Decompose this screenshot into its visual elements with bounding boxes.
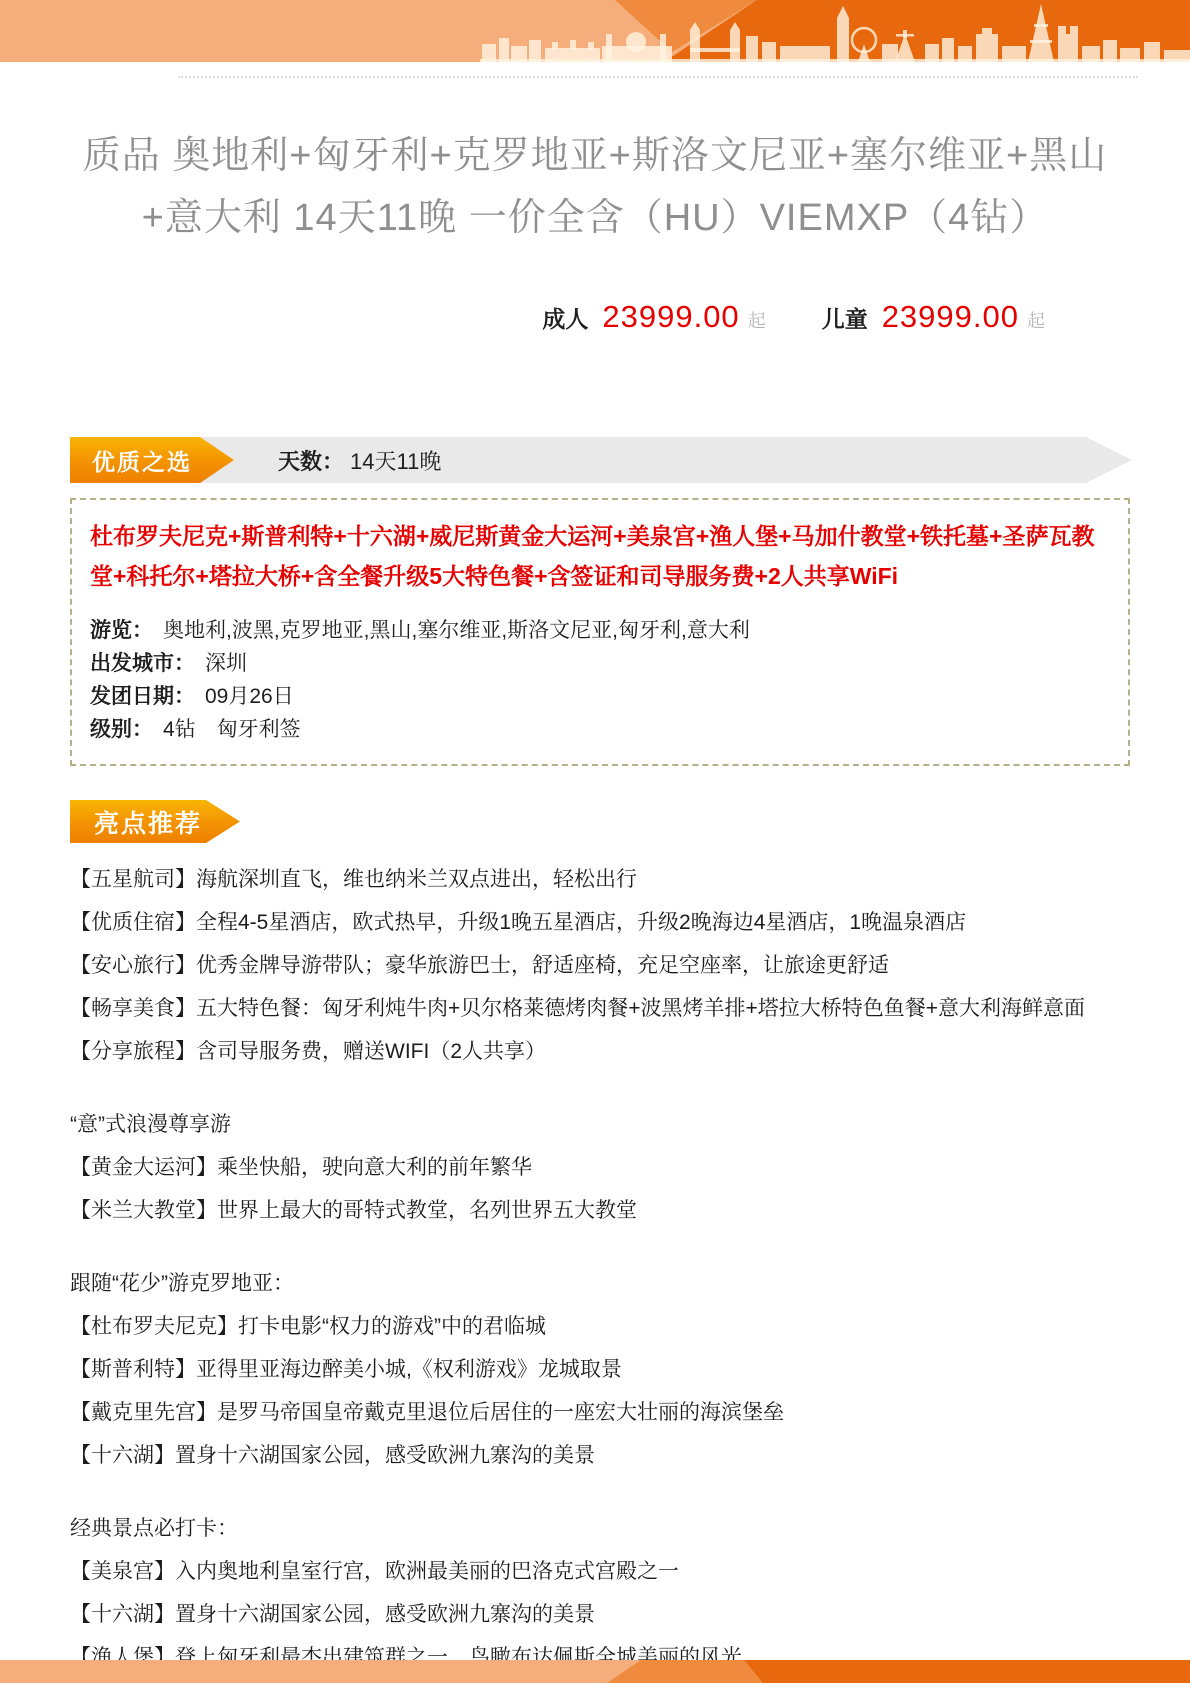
page-title: 质品 奥地利+匈牙利+克罗地亚+斯洛文尼亚+塞尔维亚+黑山 +意大利 14天11… bbox=[58, 125, 1132, 249]
highlight-line: 【优质住宿】全程4-5星酒店，欧式热早，升级1晚五星酒店，升级2晚海边4星酒店，… bbox=[70, 908, 1120, 937]
highlights-content: 【五星航司】海航深圳直飞，维也纳米兰双点进出，轻松出行 【优质住宿】全程4-5星… bbox=[70, 865, 1120, 1672]
adult-price-suffix: 起 bbox=[748, 307, 766, 333]
child-price-value: 23999.00 bbox=[882, 299, 1019, 335]
summary-info-rows: 游览：奥地利,波黑,克罗地亚,黑山,塞尔维亚,斯洛文尼亚,匈牙利,意大利 出发城… bbox=[90, 614, 1108, 746]
days-value: 14天11晚 bbox=[350, 449, 441, 474]
days-label: 天数： bbox=[278, 449, 344, 474]
page-title-line2: +意大利 14天11晚 一价全含（HU）VIEMXP（4钻） bbox=[58, 187, 1132, 249]
highlight-line: 【黄金大运河】乘坐快船，驶向意大利的前年繁华 bbox=[70, 1153, 1120, 1182]
footer-band bbox=[0, 1660, 1190, 1683]
highlight-line: 【安心旅行】优秀金牌导游带队；豪华旅游巴士，舒适座椅，充足空座率，让旅途更舒适 bbox=[70, 951, 1120, 980]
header-divider bbox=[178, 76, 1138, 78]
price-row: 成人 23999.00 起 儿童 23999.00 起 bbox=[0, 299, 1045, 335]
child-price-suffix: 起 bbox=[1027, 307, 1045, 333]
highlight-line: 【十六湖】置身十六湖国家公园，感受欧洲九寨沟的美景 bbox=[70, 1600, 1120, 1629]
summary-box: 杜布罗夫尼克+斯普利特+十六湖+威尼斯黄金大运河+美泉宫+渔人堡+马加什教堂+铁… bbox=[70, 498, 1130, 766]
highlight-line: 【美泉宫】入内奥地利皇室行宫，欧洲最美丽的巴洛克式宫殿之一 bbox=[70, 1557, 1120, 1586]
info-row-departure-date: 发团日期：09月26日 bbox=[90, 680, 1108, 713]
summary-highlight-text: 杜布罗夫尼克+斯普利特+十六湖+威尼斯黄金大运河+美泉宫+渔人堡+马加什教堂+铁… bbox=[90, 516, 1108, 596]
highlight-line: “意”式浪漫尊享游 bbox=[70, 1110, 1120, 1139]
adult-price-label: 成人 bbox=[542, 301, 588, 334]
highlight-line: 【米兰大教堂】世界上最大的哥特式教堂，名列世界五大教堂 bbox=[70, 1196, 1120, 1225]
highlight-line: 【五星航司】海航深圳直飞，维也纳米兰双点进出，轻松出行 bbox=[70, 865, 1120, 894]
highlight-line: 【分享旅程】含司导服务费，赠送WIFI（2人共享） bbox=[70, 1037, 1120, 1066]
highlight-line: 【戴克里先宫】是罗马帝国皇帝戴克里退位后居住的一座宏大壮丽的海滨堡垒 bbox=[70, 1398, 1120, 1427]
highlights-group-service: 【五星航司】海航深圳直飞，维也纳米兰双点进出，轻松出行 【优质住宿】全程4-5星… bbox=[70, 865, 1120, 1066]
highlight-line: 【杜布罗夫尼克】打卡电影“权力的游戏”中的君临城 bbox=[70, 1312, 1120, 1341]
highlight-line: 【斯普利特】亚得里亚海边醉美小城,《权利游戏》龙城取景 bbox=[70, 1355, 1120, 1384]
highlights-group-italy: “意”式浪漫尊享游 【黄金大运河】乘坐快船，驶向意大利的前年繁华 【米兰大教堂】… bbox=[70, 1110, 1120, 1225]
header-band bbox=[0, 0, 1190, 62]
highlight-line: 跟随“花少”游克罗地亚： bbox=[70, 1269, 1120, 1298]
highlights-badge: 亮点推荐 bbox=[70, 800, 240, 843]
highlight-line: 【十六湖】置身十六湖国家公园，感受欧洲九寨沟的美景 bbox=[70, 1441, 1120, 1470]
travel-flyer-page: 质品 奥地利+匈牙利+克罗地亚+斯洛文尼亚+塞尔维亚+黑山 +意大利 14天11… bbox=[0, 0, 1190, 1683]
quality-banner: 优质之选 天数：14天11晚 bbox=[70, 437, 1132, 483]
quality-badge: 优质之选 bbox=[70, 437, 234, 483]
highlight-line: 【畅享美食】五大特色餐：匈牙利炖牛肉+贝尔格莱德烤肉餐+波黑烤羊排+塔拉大桥特色… bbox=[70, 994, 1120, 1023]
highlights-group-croatia: 跟随“花少”游克罗地亚： 【杜布罗夫尼克】打卡电影“权力的游戏”中的君临城 【斯… bbox=[70, 1269, 1120, 1470]
highlights-group-classic: 经典景点必打卡： 【美泉宫】入内奥地利皇室行宫，欧洲最美丽的巴洛克式宫殿之一 【… bbox=[70, 1514, 1120, 1672]
adult-price-value: 23999.00 bbox=[602, 299, 739, 335]
days-info: 天数：14天11晚 bbox=[278, 445, 441, 476]
highlight-line: 经典景点必打卡： bbox=[70, 1514, 1120, 1543]
info-row-tour: 游览：奥地利,波黑,克罗地亚,黑山,塞尔维亚,斯洛文尼亚,匈牙利,意大利 bbox=[90, 614, 1108, 647]
child-price-label: 儿童 bbox=[822, 301, 868, 334]
info-row-departure-city: 出发城市：深圳 bbox=[90, 647, 1108, 680]
info-row-grade: 级别：4钻 匈牙利签 bbox=[90, 713, 1108, 746]
page-title-line1: 质品 奥地利+匈牙利+克罗地亚+斯洛文尼亚+塞尔维亚+黑山 bbox=[58, 125, 1132, 187]
